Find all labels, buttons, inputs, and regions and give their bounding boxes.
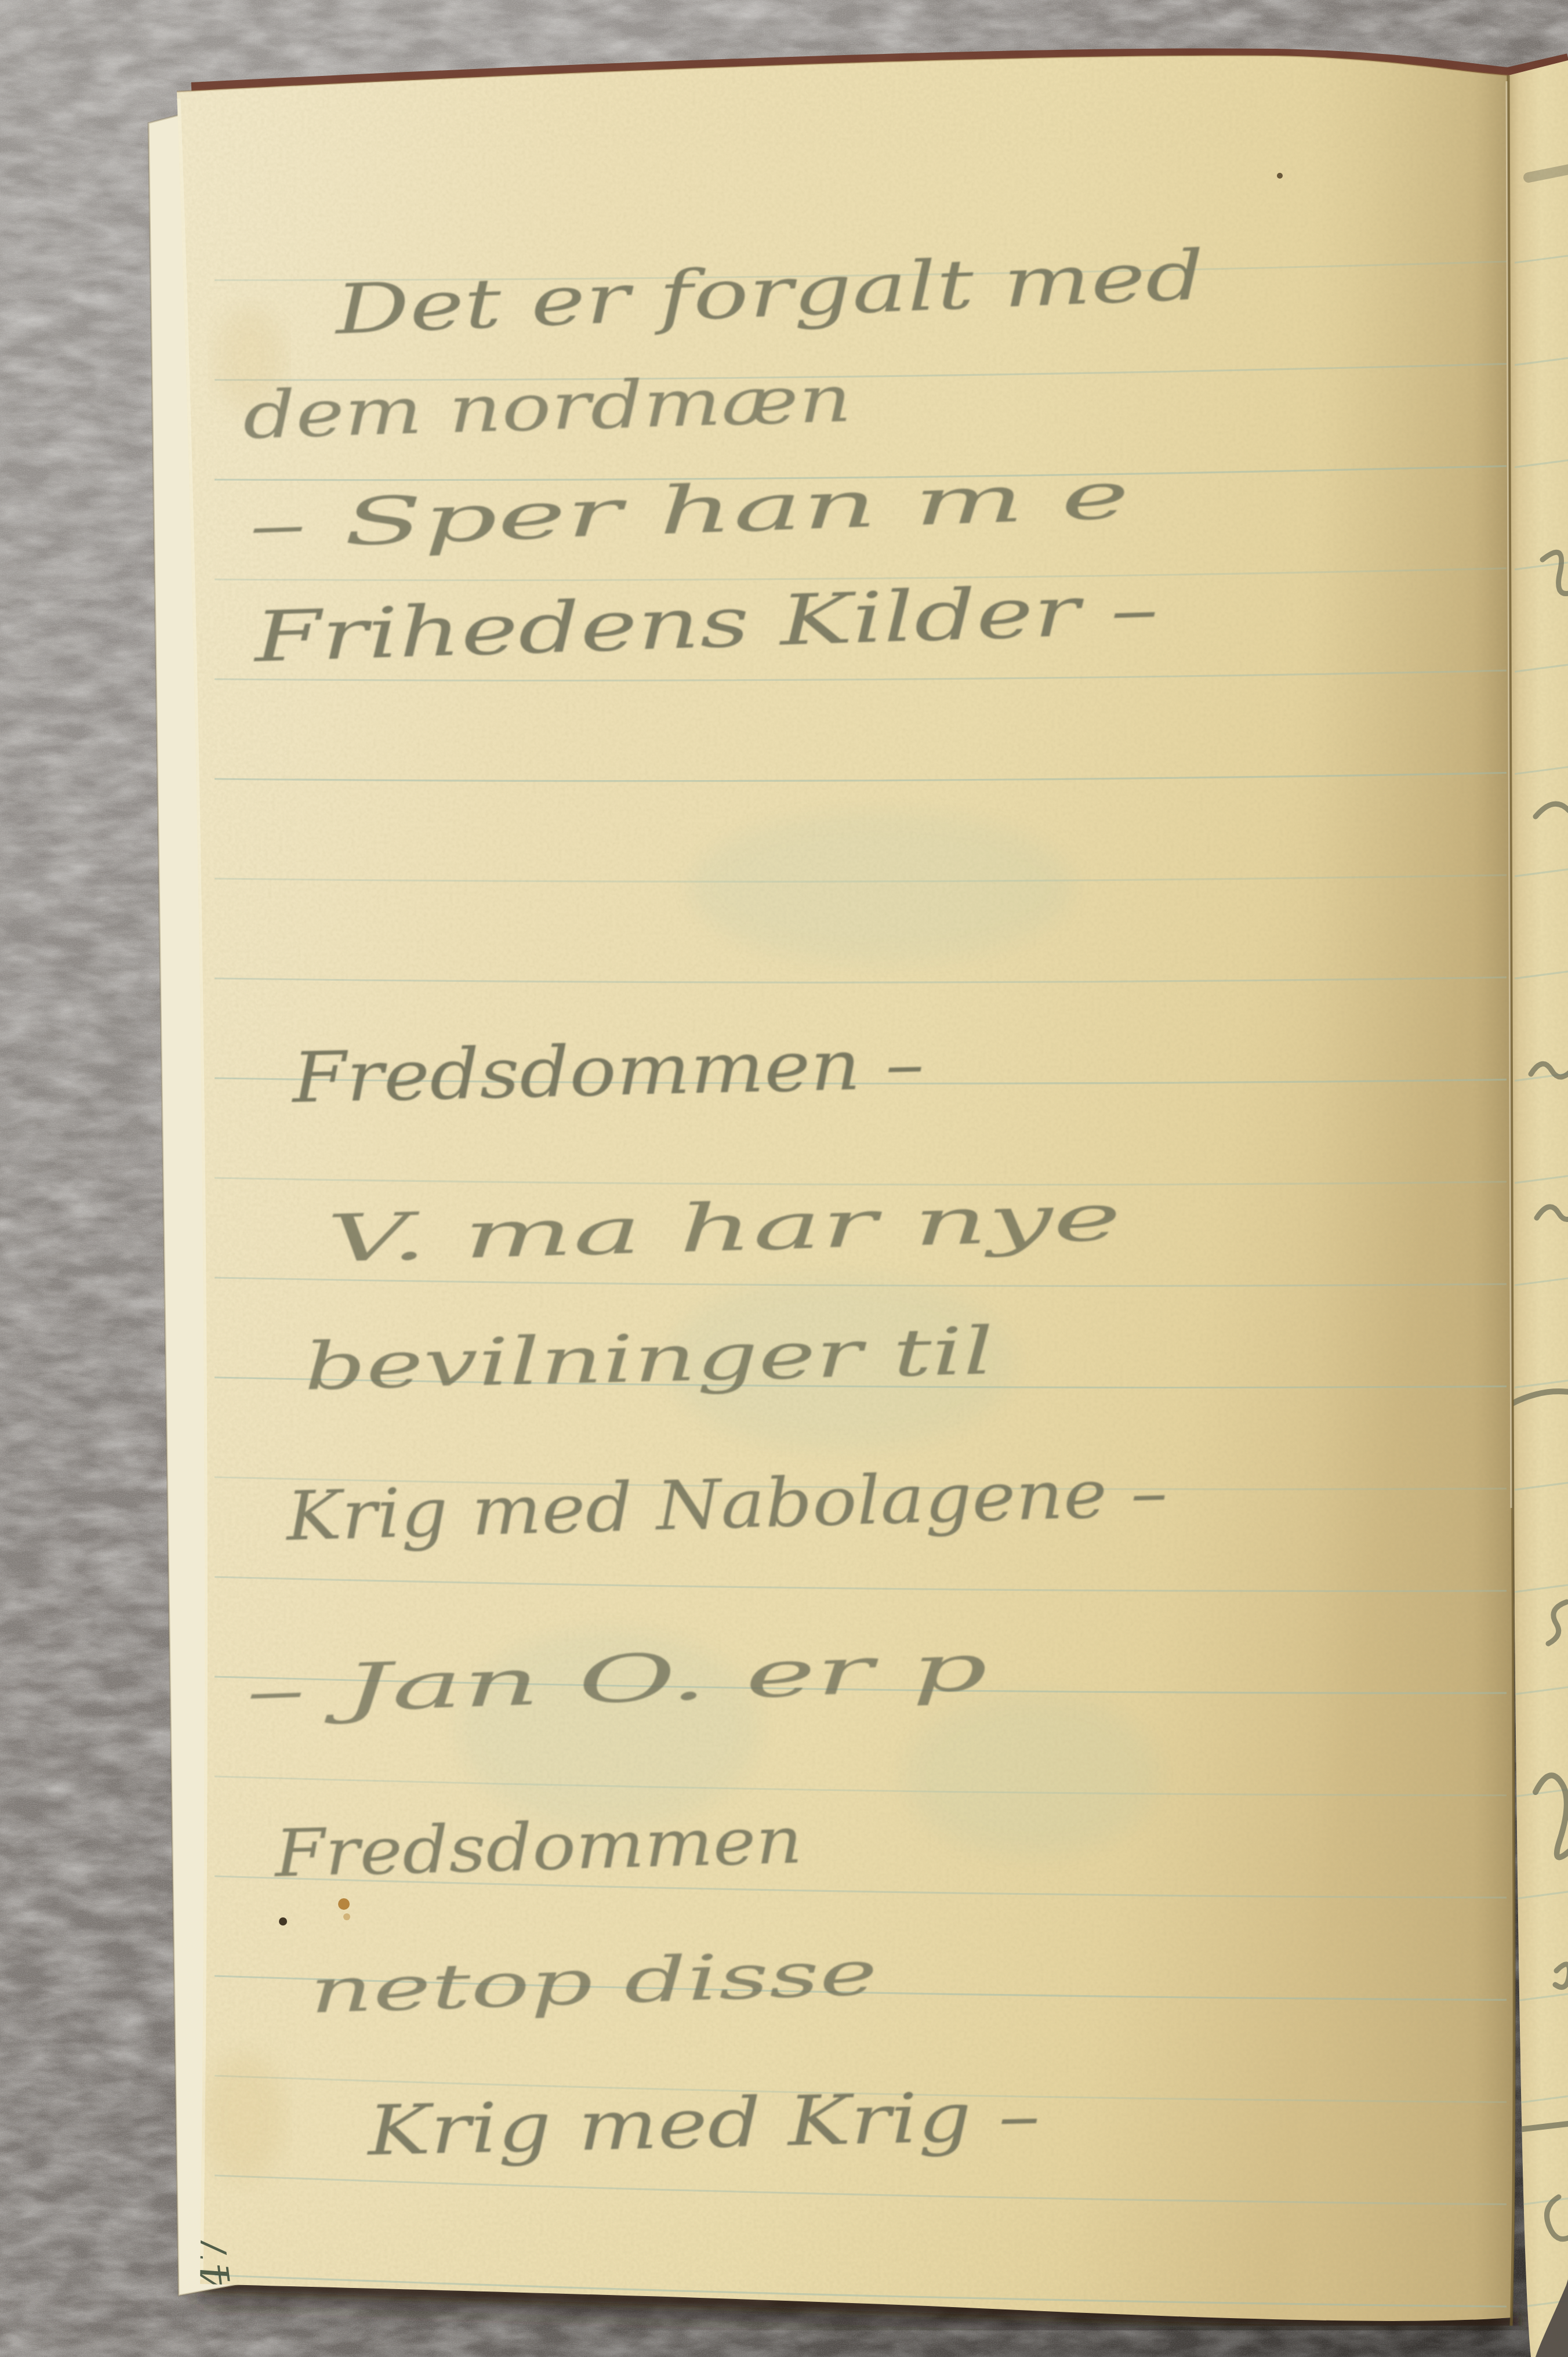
handwriting-line: Fredsdommen — [273, 1803, 803, 1892]
handwriting-line: Krig med Krig – — [365, 2076, 1041, 2171]
handwriting-line: bevilninger til — [303, 1314, 995, 1405]
notebook-photograph: Det er forgalt med dem nordmæn – Sper ha… — [0, 0, 1568, 2357]
handwriting-line: Fredsdommen – — [290, 1024, 925, 1119]
fold-shading — [1311, 46, 1515, 2331]
notebook-page: Det er forgalt med dem nordmæn – Sper ha… — [168, 46, 1519, 2331]
